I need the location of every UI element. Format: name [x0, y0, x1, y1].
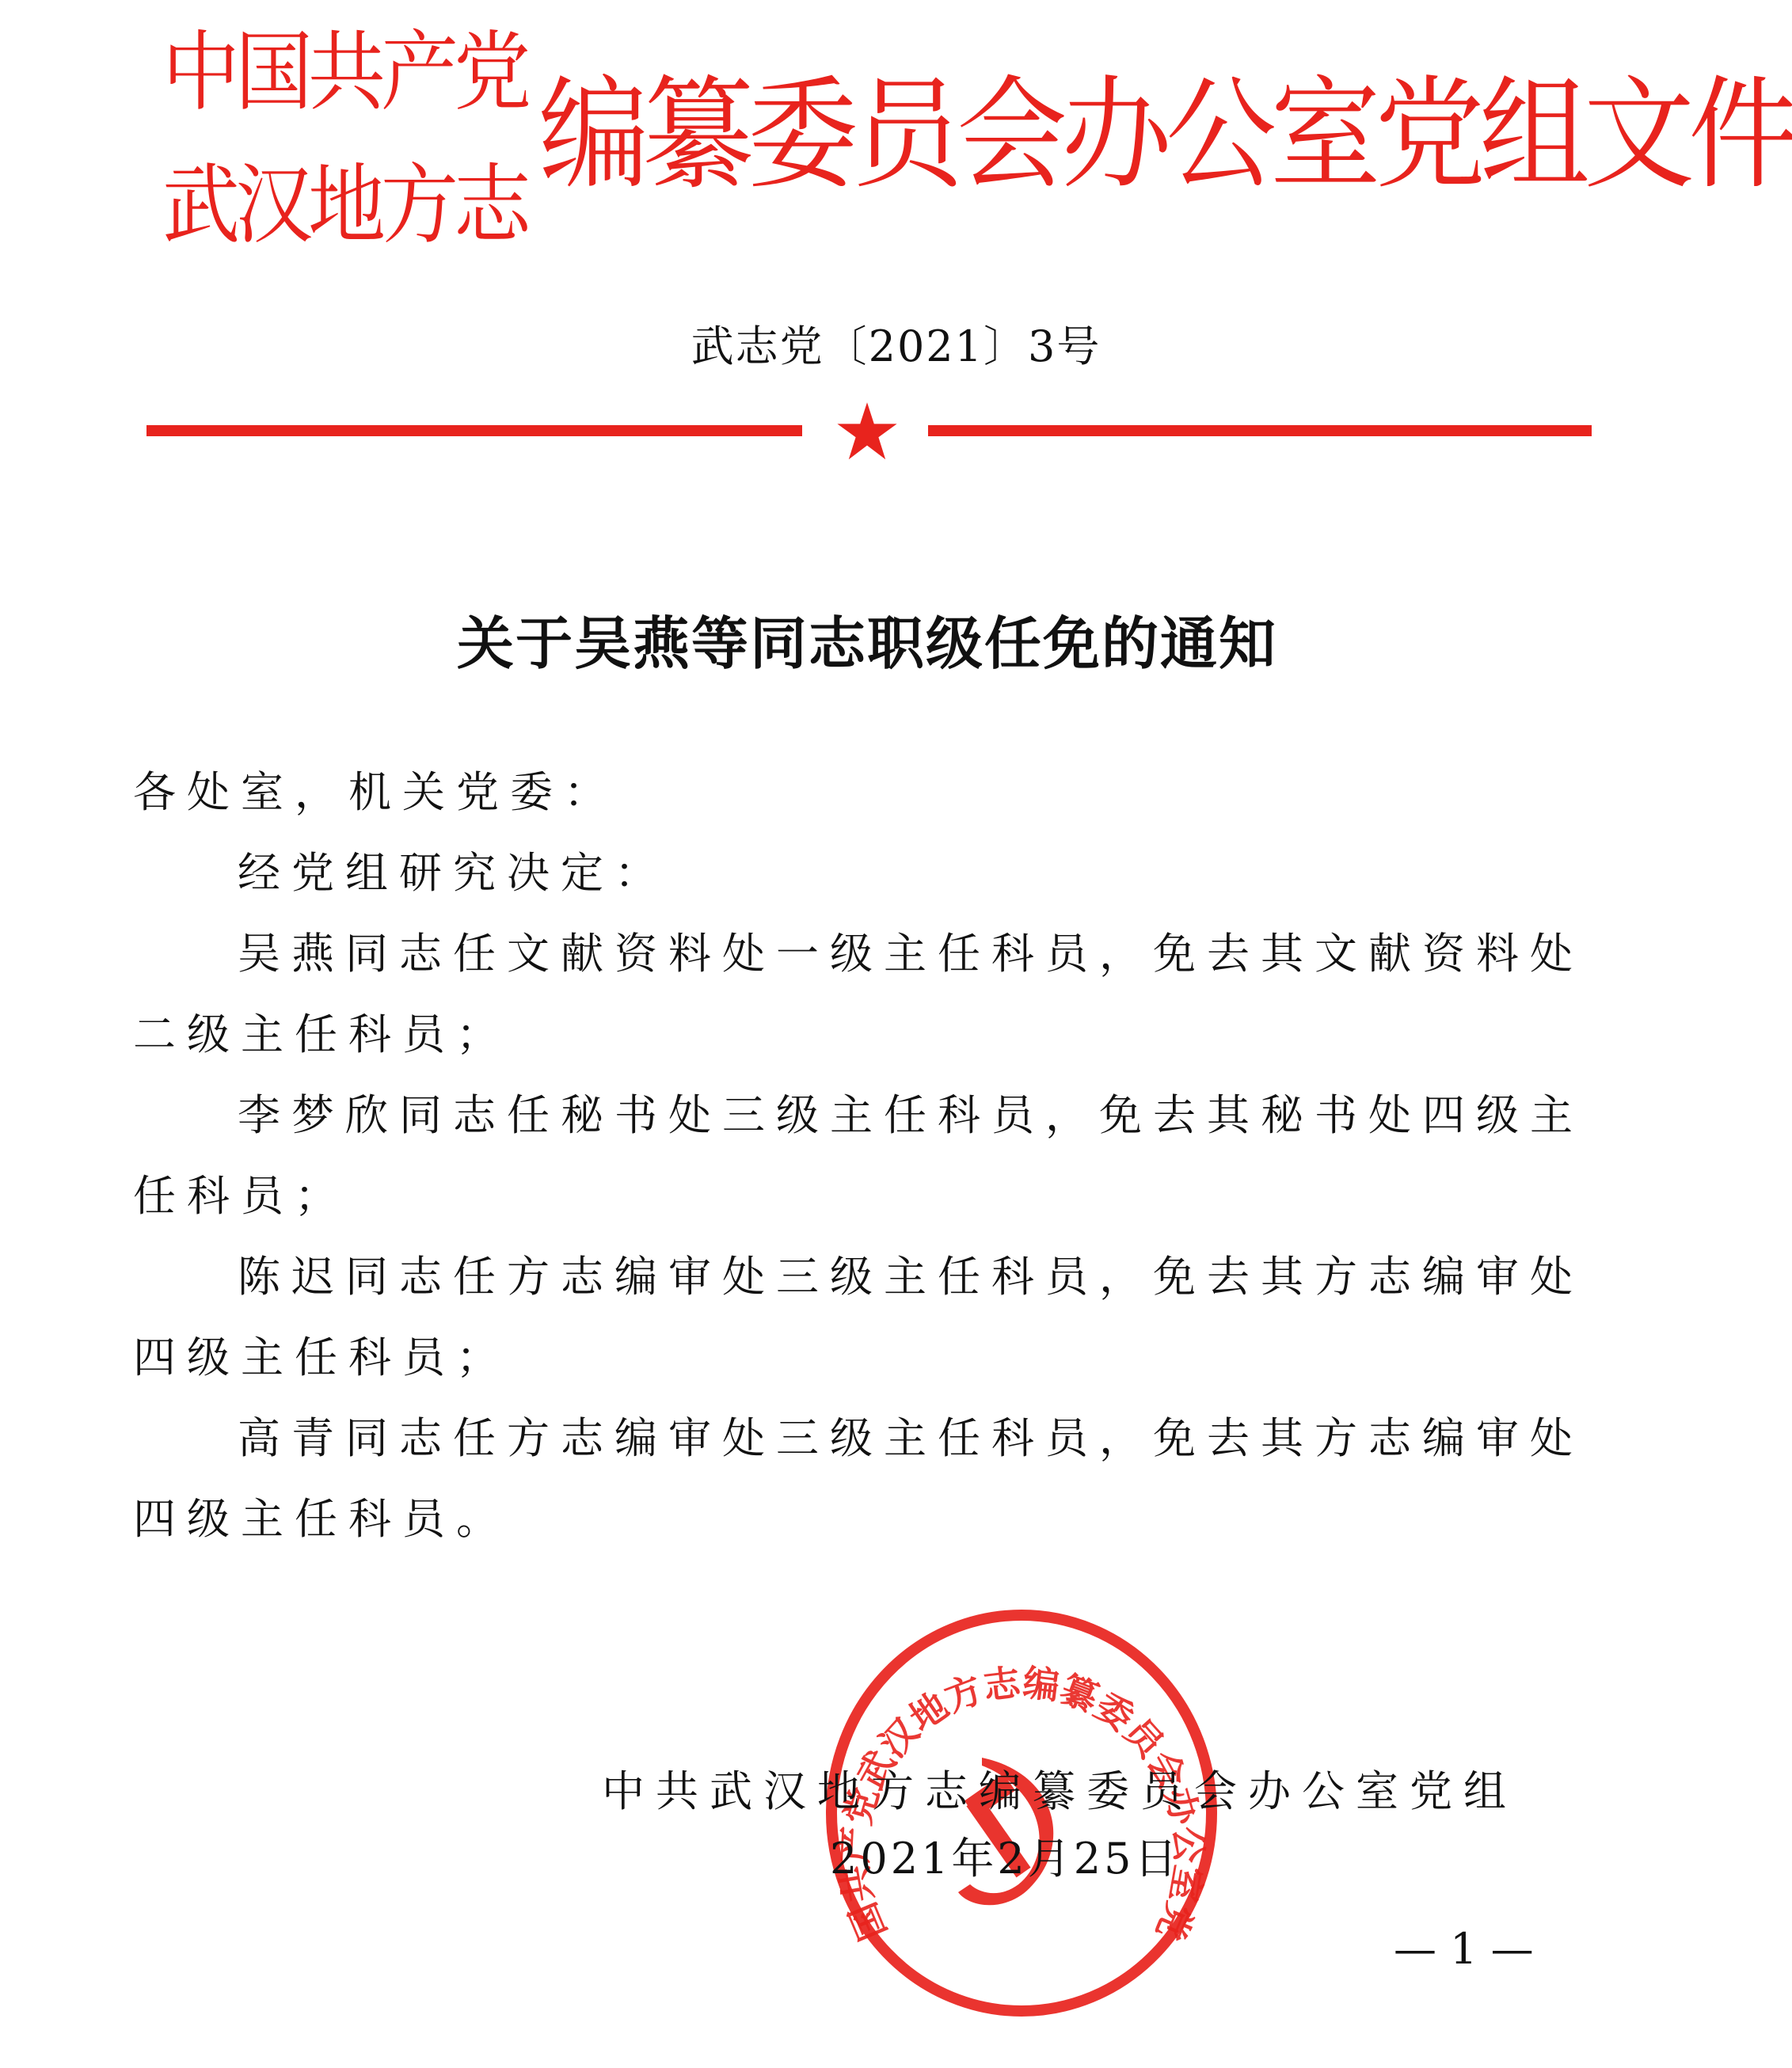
signing-organization: 中共武汉地方志编纂委员会办公室党组	[602, 1758, 1517, 1819]
paragraph: 陈迟同志任方志编审处三级主任科员，免去其方志编审处四级主任科员；	[133, 1237, 1594, 1398]
document-number: 武志党〔2021〕3号	[0, 313, 1792, 374]
salutation: 各处室，机关党委：	[133, 752, 1594, 833]
issuer-right: 编纂委员会办公室党组文件	[538, 62, 1792, 210]
issuer-left-line2: 武汉地方志	[162, 139, 527, 272]
issuer-left: 中国共产党 武汉地方志	[162, 6, 527, 272]
paragraph: 李梦欣同志任秘书处三级主任科员，免去其秘书处四级主任科员；	[133, 1075, 1594, 1237]
page-number: — 1 —	[1394, 1924, 1534, 1974]
document-title: 关于吴燕等同志职级任免的通知	[0, 598, 1734, 680]
star-icon	[835, 400, 899, 463]
issuer-left-line1: 中国共产党	[162, 6, 527, 139]
paragraph: 吴燕同志任文献资料处一级主任科员，免去其文献资料处二级主任科员；	[133, 914, 1594, 1075]
paragraph: 高青同志任方志编审处三级主任科员，免去其方志编审处四级主任科员。	[133, 1398, 1594, 1560]
document-body: 各处室，机关党委： 经党组研究决定： 吴燕同志任文献资料处一级主任科员，免去其文…	[133, 752, 1594, 1560]
intro: 经党组研究决定：	[133, 833, 1594, 914]
signing-date: 2021年2月25日	[830, 1825, 1181, 1886]
red-divider-left	[146, 425, 802, 436]
red-divider-right	[928, 425, 1592, 436]
